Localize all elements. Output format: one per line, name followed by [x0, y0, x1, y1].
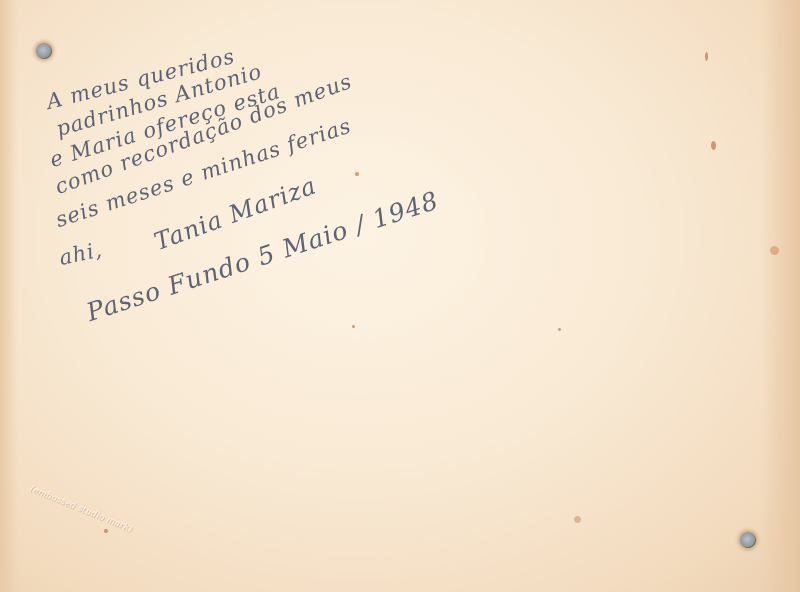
- stain-spot: [770, 246, 779, 255]
- stain-spot: [352, 325, 355, 328]
- stain-spot: [104, 529, 108, 533]
- stain-spot: [574, 516, 581, 523]
- paper-edge-right: [760, 0, 800, 592]
- stain-spot: [705, 52, 708, 61]
- punch-hole-top-left: [36, 43, 52, 59]
- stain-spot: [558, 328, 561, 331]
- punch-hole-bottom-right: [740, 532, 756, 548]
- paper-edge-left: [0, 0, 18, 592]
- stain-spot: [355, 172, 359, 176]
- stain-spot: [711, 141, 716, 150]
